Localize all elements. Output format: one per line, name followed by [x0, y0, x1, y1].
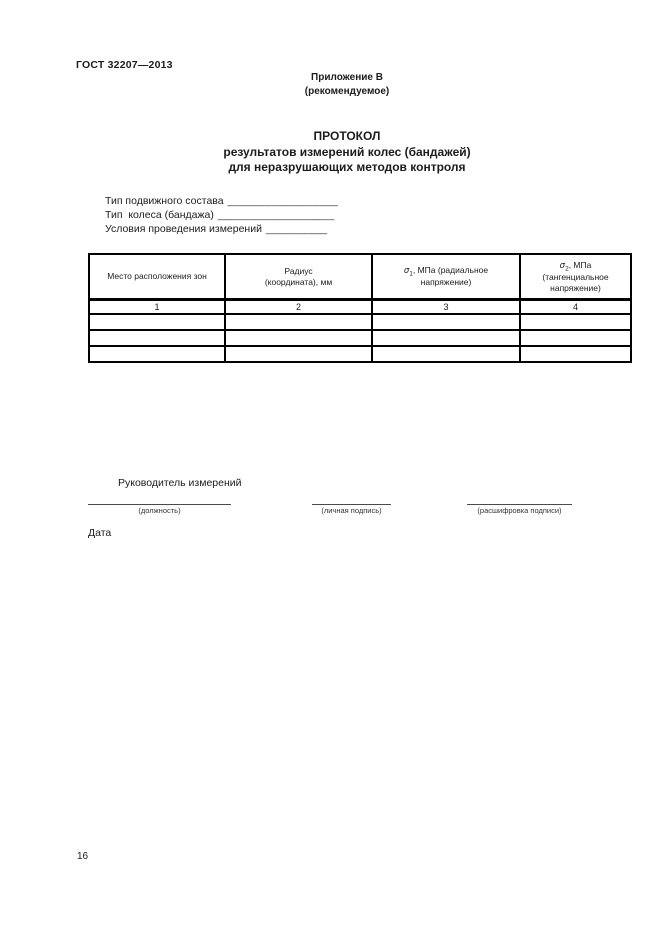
form-field-blank: ___________________	[218, 209, 335, 221]
table-cell	[225, 330, 372, 346]
header-zone-location: Место расположения зон	[89, 254, 225, 300]
table-cell	[89, 314, 225, 330]
column-number: 3	[372, 300, 520, 315]
form-field-conditions: Условия проведения измерений__________	[105, 222, 338, 236]
document-page: ГОСТ 32207—2013 Приложение В (рекомендуе…	[0, 0, 661, 936]
table-cell	[89, 346, 225, 362]
signature-line-name: (расшифровка подписи)	[467, 504, 572, 515]
column-number: 1	[89, 300, 225, 315]
title-line-1: ПРОТОКОЛ	[70, 129, 624, 145]
date-label: Дата	[88, 527, 111, 539]
table-cell	[520, 314, 631, 330]
table-cell	[89, 330, 225, 346]
table-row	[89, 346, 631, 362]
table-row	[89, 330, 631, 346]
form-field-rolling-stock: Тип подвижного состава__________________	[105, 194, 338, 208]
table-cell	[520, 346, 631, 362]
form-field-label: Тип колеса (бандажа)	[105, 209, 214, 221]
header-tangential-stress: σ2, МПа (тангенциальное напряжение)	[520, 254, 631, 300]
table-cell	[372, 346, 520, 362]
appendix-note: (рекомендуемое)	[88, 85, 606, 99]
signature-line-position: (должность)	[88, 504, 231, 515]
table-cell	[372, 314, 520, 330]
table-cell	[520, 330, 631, 346]
doc-number: ГОСТ 32207—2013	[76, 59, 173, 71]
table-cell	[225, 314, 372, 330]
measurement-table: Место расположения зон Радиус (координат…	[88, 253, 632, 363]
page-number: 16	[77, 851, 88, 862]
form-fields: Тип подвижного состава__________________…	[105, 194, 338, 237]
title-line-3: для неразрушающих методов контроля	[70, 160, 624, 176]
form-field-blank: __________	[266, 223, 327, 235]
signature-lead-label: Руководитель измерений	[118, 477, 242, 489]
appendix-label: Приложение В	[88, 71, 606, 85]
table-header-row: Место расположения зон Радиус (координат…	[89, 254, 631, 300]
column-number: 4	[520, 300, 631, 315]
form-field-label: Условия проведения измерений	[105, 223, 262, 235]
column-number-row: 1 2 3 4	[89, 300, 631, 315]
title-line-2: результатов измерений колес (бандажей)	[70, 145, 624, 161]
signature-line-personal-signature: (личная подпись)	[312, 504, 391, 515]
table-cell	[372, 330, 520, 346]
form-field-wheel-type: Тип колеса (бандажа)___________________	[105, 208, 338, 222]
form-field-label: Тип подвижного состава	[105, 195, 224, 207]
header-radius: Радиус (координата), мм	[225, 254, 372, 300]
protocol-title: ПРОТОКОЛ результатов измерений колес (ба…	[70, 129, 624, 176]
column-number: 2	[225, 300, 372, 315]
table-cell	[225, 346, 372, 362]
header-radial-stress: σ1, МПа (радиальное напряжение)	[372, 254, 520, 300]
appendix-block: Приложение В (рекомендуемое)	[88, 71, 606, 98]
table-row	[89, 314, 631, 330]
form-field-blank: __________________	[228, 195, 339, 207]
